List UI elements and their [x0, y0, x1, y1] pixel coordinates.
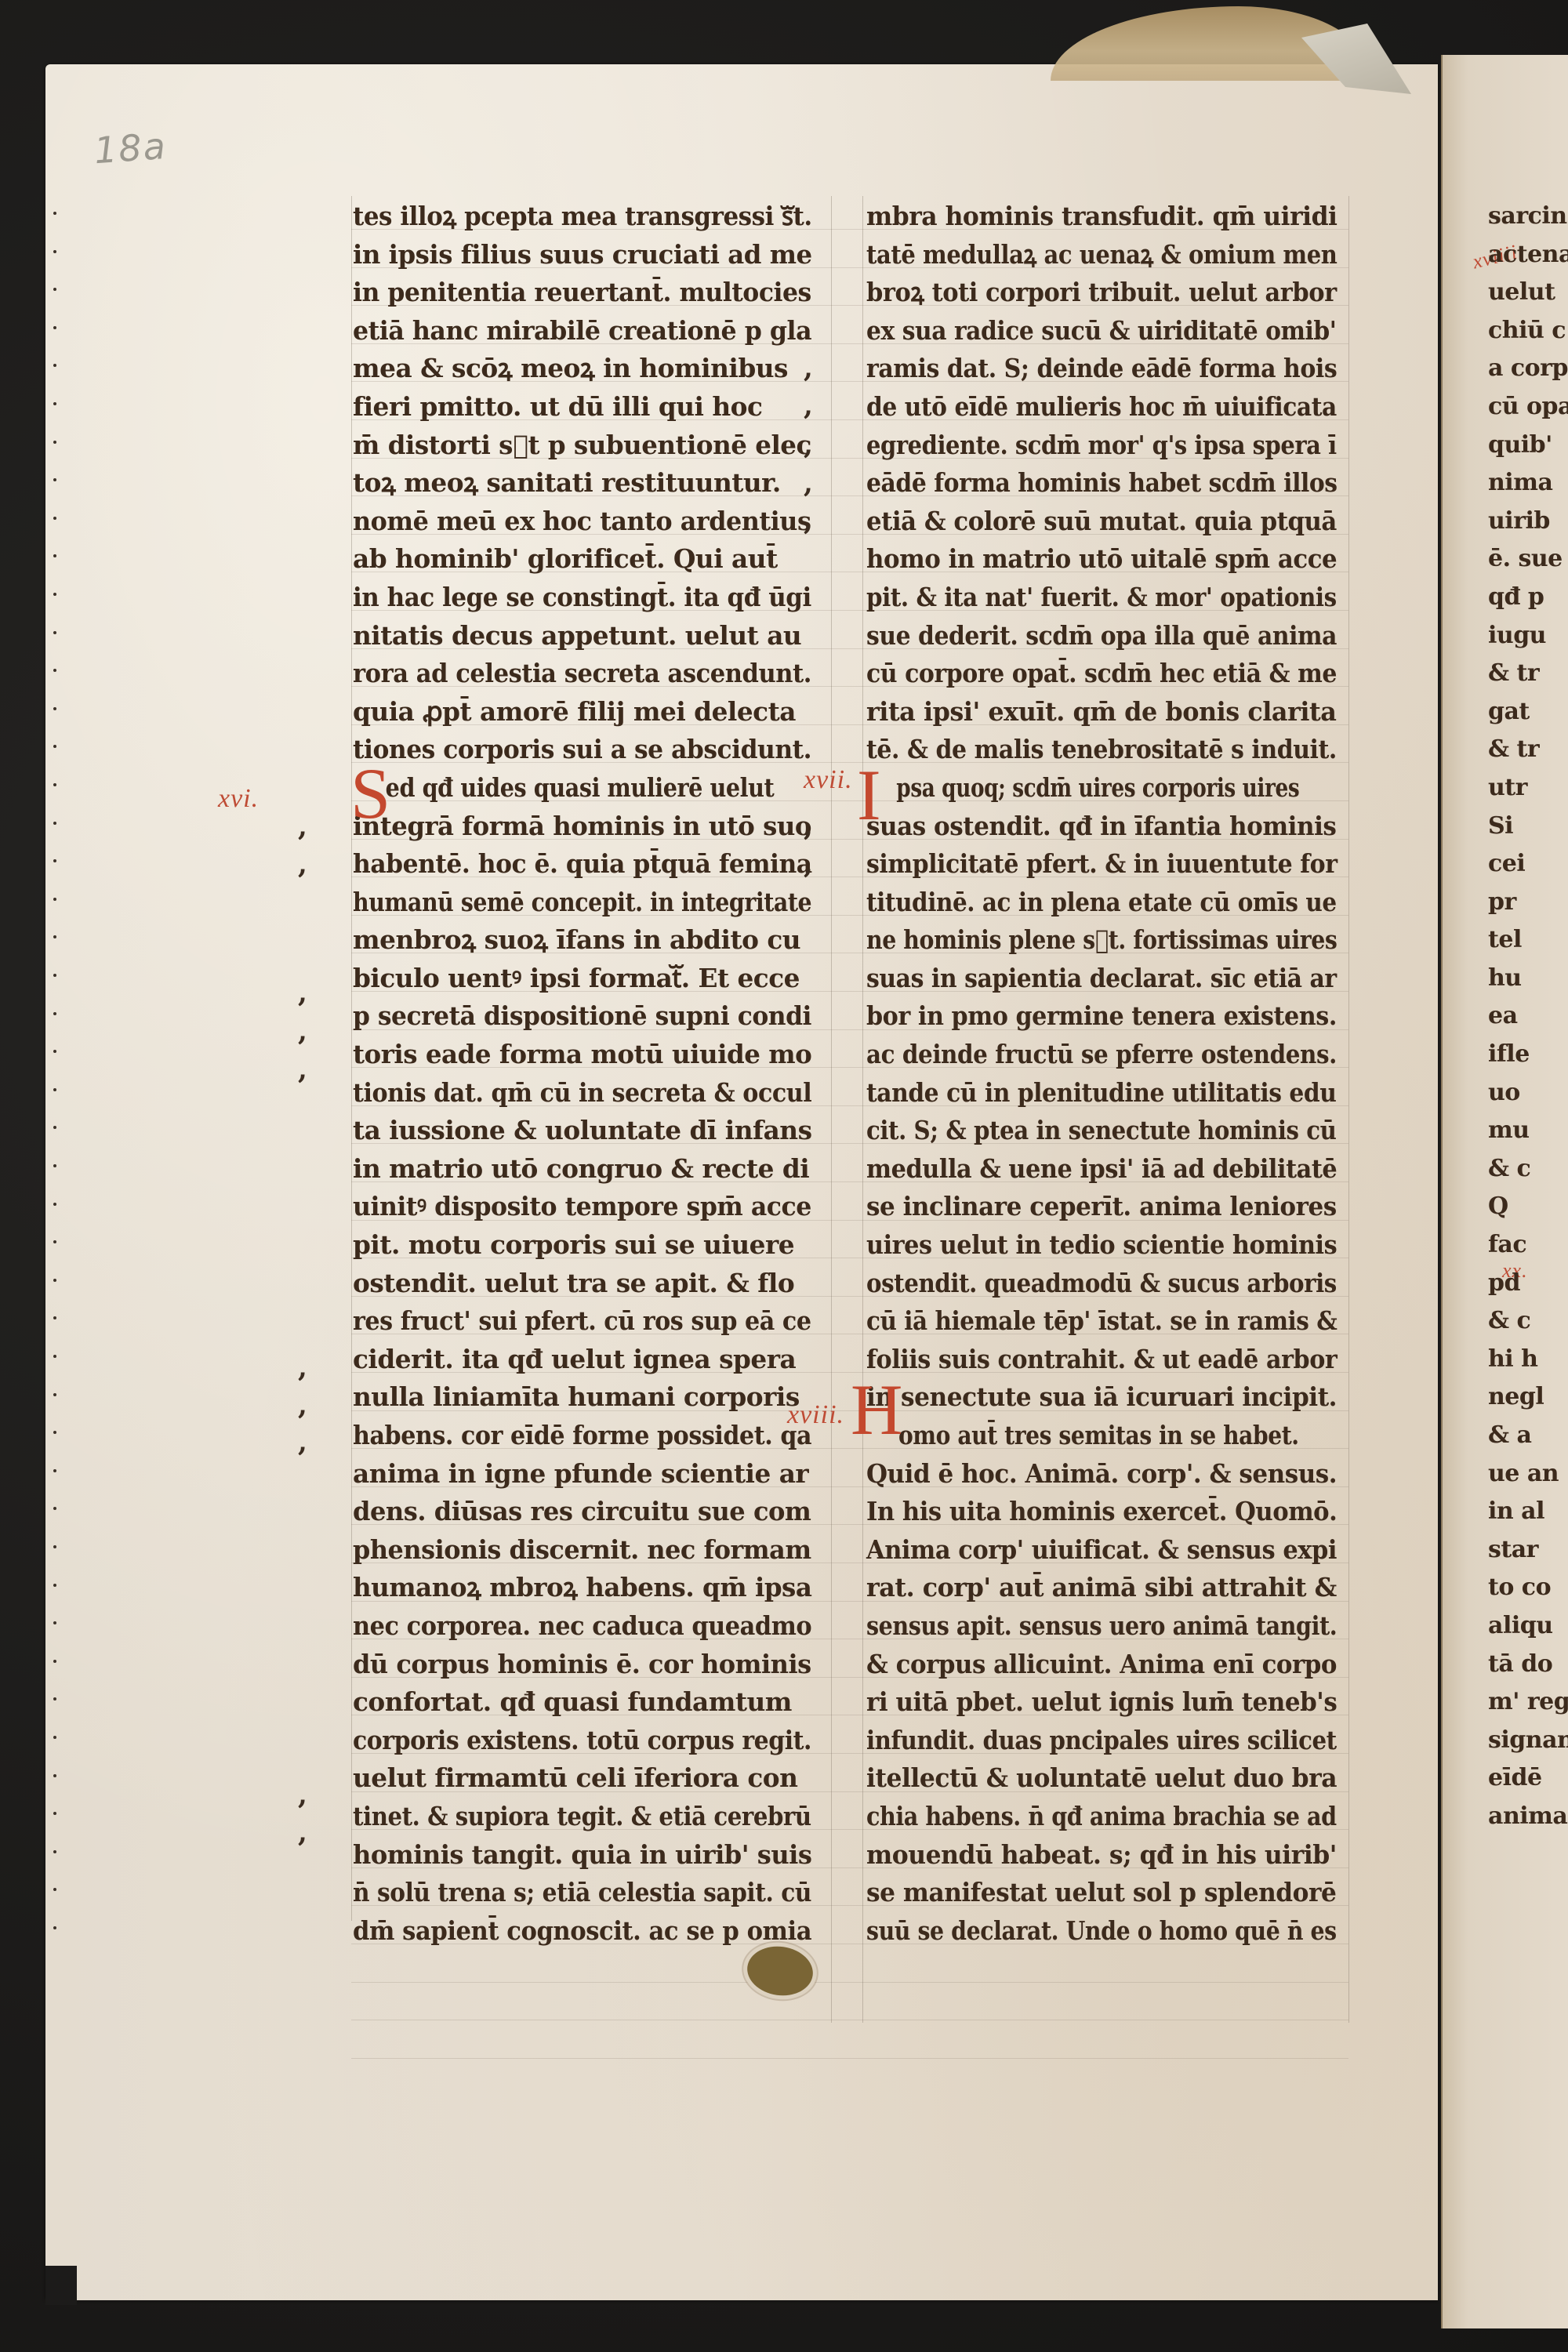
text-line: omo aut̄ tres semitas in se habet. — [866, 1417, 1271, 1455]
text-line: homo in matrio utō uitalē spm̄ acce — [866, 540, 1310, 579]
text-line: ta iussione & uoluntate dī infans — [353, 1112, 811, 1150]
text-line: uinitꝰ disposito tempore spm̄ acce — [353, 1188, 795, 1226]
text-line: pd — [1488, 1265, 1568, 1303]
prick-mark — [53, 1660, 56, 1663]
text-line: & tr — [1488, 731, 1568, 769]
correction-mark: , — [298, 849, 307, 880]
text-line: ne hominis plene sᷓt. fortissimas uires — [866, 921, 1274, 960]
text-line: tē. & de malis tenebrositatē s induit. — [866, 731, 1297, 769]
prick-mark — [53, 974, 56, 977]
prick-mark — [53, 250, 56, 253]
text-line: in ipsis filius suus cruciati ad me — [353, 236, 807, 274]
text-line: phensionis discernit. nec formam — [353, 1531, 800, 1570]
correction-mark: , — [298, 1390, 307, 1421]
text-line: Q — [1488, 1188, 1568, 1226]
text-line: anima — [1488, 1798, 1568, 1836]
text-line: suas ostendit. qđ in īfantia hominis — [866, 808, 1312, 846]
text-line: ifle — [1488, 1036, 1568, 1074]
text-line: utr — [1488, 769, 1568, 808]
text-line: & a — [1488, 1417, 1568, 1455]
text-column-right: mbra hominis transfudit. qm̄ uiriditatē … — [866, 198, 1341, 1950]
text-line: pit. & ita nat' fuerit. & mor' opationis — [866, 579, 1288, 617]
prick-mark — [53, 1012, 56, 1015]
text-line: tel — [1488, 921, 1568, 960]
prick-mark — [53, 1126, 56, 1129]
prick-mark — [53, 859, 56, 862]
text-line: Si — [1488, 808, 1568, 846]
text-line: bor in pmo germine tenera existens. — [866, 997, 1301, 1036]
prick-mark — [53, 1926, 56, 1929]
text-line: eīdē — [1488, 1759, 1568, 1798]
prick-mark — [53, 1888, 56, 1891]
rubricated-initial-i: I — [857, 759, 881, 831]
text-line: ostendit. uelut tra se apit. & flo — [353, 1265, 811, 1303]
text-line: foliis suis contrahit. & ut eadē arbor — [866, 1341, 1301, 1379]
prick-mark — [53, 1697, 56, 1700]
prick-mark — [53, 1850, 56, 1853]
text-line: suū se declarat. Unde o homo quē n̄ es — [866, 1912, 1275, 1951]
text-line: menbroꝝ suoꝝ īfans in abdito cu — [353, 921, 811, 960]
prick-mark — [53, 1431, 56, 1434]
text-line: de utō eīdē mulieris hoc m̄ uiuificata — [866, 388, 1294, 426]
facing-page-text: sarcinactenauelutchiū ca corpcū opaquib'… — [1488, 198, 1568, 1836]
text-line: pr — [1488, 884, 1568, 922]
text-line: ē. sue — [1488, 540, 1568, 579]
ruling-line — [351, 2058, 1348, 2059]
text-line: chia habens. n̄ qđ anima brachia se ad — [866, 1798, 1278, 1836]
text-line: uelut firmamtū celi īferiora con — [353, 1759, 811, 1798]
text-line: anima in igne pfunde scientie ar — [353, 1455, 811, 1494]
text-line: m' reg — [1488, 1683, 1568, 1722]
text-line: cei — [1488, 845, 1568, 884]
prick-mark — [53, 783, 56, 786]
text-line: itellectū & uoluntatē uelut duo bra — [866, 1759, 1317, 1798]
prick-mark — [53, 517, 56, 520]
text-line: se inclinare ceperīt. anima leniores — [866, 1188, 1312, 1226]
text-line: fac — [1488, 1226, 1568, 1265]
text-line: infundit. duas pncipales uires scilicet — [866, 1722, 1287, 1760]
prick-mark — [53, 1584, 56, 1587]
rubricated-initial-s: S — [350, 757, 390, 829]
text-line: gat — [1488, 693, 1568, 731]
prick-mark — [53, 1050, 56, 1053]
text-line: psa quoq; scdm̄ uires corporis uires — [866, 769, 1245, 808]
text-line: broꝝ toti corpori tribuit. uelut arbor — [866, 274, 1305, 312]
prick-mark — [53, 1088, 56, 1091]
prick-mark — [53, 1279, 56, 1282]
text-line: res fruct' sui pfert. cū ros sup eā ce — [353, 1302, 775, 1341]
text-line: titudinē. ac in plena etate cū omīs ue — [866, 884, 1290, 922]
chapter-number-xvi: xvi. — [218, 784, 259, 814]
correction-mark: , — [804, 849, 813, 880]
prick-mark — [53, 935, 56, 938]
text-line: uo — [1488, 1074, 1568, 1112]
text-line: quib' — [1488, 426, 1568, 465]
text-line: cit. S; & ptea in senectute hominis cū — [866, 1112, 1287, 1150]
text-line: chiū c — [1488, 312, 1568, 350]
text-line: in matrio utō congruo & recte di — [353, 1150, 811, 1189]
text-line: habens. cor eīdē forme possidet. qa — [353, 1417, 775, 1455]
text-line: signan — [1488, 1722, 1568, 1760]
text-line: mbra hominis transfudit. qm̄ uiridi — [866, 198, 1317, 236]
text-line: ramis dat. S; deinde eādē forma hois — [866, 350, 1297, 388]
text-line: star — [1488, 1531, 1568, 1570]
ruling-left-col-left — [351, 196, 352, 1921]
prick-mark — [53, 707, 56, 710]
correction-mark: , — [298, 1427, 307, 1458]
text-line: toris eade forma motū uiuide mo — [353, 1036, 808, 1074]
text-line: & corpus allicuint. Anima enī corpo — [866, 1646, 1310, 1684]
text-line: uires uelut in tedio scientie hominis — [866, 1226, 1302, 1265]
prick-mark — [53, 441, 56, 444]
text-line: tes illoꝝ pcepta mea transgressi sᷓt. — [353, 198, 786, 236]
prick-mark — [53, 631, 56, 634]
ruling-line — [351, 2020, 1348, 2020]
text-line: humanū semē concepit. in integritate — [353, 884, 750, 922]
text-line: dm̄ sapient̄ cognoscit. ac se p omia — [353, 1912, 782, 1951]
text-line: uelut — [1488, 274, 1568, 312]
text-line: tā do — [1488, 1646, 1568, 1684]
correction-mark: , — [298, 1817, 307, 1849]
text-line: cū iā hiemale tēp' īstat. se in ramis & — [866, 1302, 1290, 1341]
folio-number: 18a — [93, 125, 168, 172]
rubricated-initial-h: H — [851, 1374, 902, 1446]
text-line: se manifestat uelut sol p splendorē — [866, 1874, 1315, 1912]
prick-mark — [53, 478, 56, 481]
text-line: in penitentia reuertant̄. multocies — [353, 274, 794, 312]
text-line: uirib — [1488, 503, 1568, 541]
text-line: sarcin — [1488, 198, 1568, 236]
text-line: ac deinde fructū se pferre ostendens. — [866, 1036, 1290, 1074]
text-line: quia ꝓpt̄ amorē filij mei delecta — [353, 693, 811, 731]
text-line: ea — [1488, 997, 1568, 1036]
correction-mark: , — [298, 1780, 307, 1811]
text-line: & c — [1488, 1150, 1568, 1189]
text-line: sue dederit. scdm̄ opa illa quē anima — [866, 617, 1295, 655]
correction-mark: , — [298, 978, 307, 1009]
text-line: hu — [1488, 960, 1568, 998]
text-line: In his uita hominis exercet̄. Quomō. — [866, 1493, 1307, 1531]
prick-mark — [53, 1240, 56, 1243]
text-line: nulla liniamīta humani corporis — [353, 1378, 811, 1417]
ruling-right-col-left — [862, 196, 863, 2023]
prick-mark — [53, 898, 56, 901]
text-line: dū corpus hominis ē. cor hominis — [353, 1646, 801, 1684]
text-line: ciderit. ita qđ uelut ignea spera — [353, 1341, 811, 1379]
text-line: qđ p — [1488, 579, 1568, 617]
ruling-line — [351, 1982, 1348, 1983]
prick-mark — [53, 288, 56, 291]
text-line: etiā hanc mirabilē creationē p gla — [353, 312, 797, 350]
prick-mark — [53, 1393, 56, 1396]
text-line: m̄ distorti sᷓt p subuentionē elec — [353, 426, 808, 465]
correction-mark: , — [804, 506, 813, 537]
prick-mark — [53, 1316, 56, 1319]
prick-mark — [53, 1812, 56, 1815]
torn-corner — [45, 2266, 77, 2305]
text-line: Quid ē hoc. Animā. corp'. & sensus. — [866, 1455, 1312, 1494]
text-line: medulla & uene ipsi' iā ad debilitatē — [866, 1150, 1303, 1189]
text-line: ex sua radice sucū & uiriditatē omib' — [866, 312, 1294, 350]
correction-mark: , — [804, 468, 813, 499]
text-line: sensus apit. sensus uero animā tangit. — [866, 1607, 1277, 1646]
text-line: rat. corp' aut̄ animā sibi attrahit & — [866, 1569, 1323, 1607]
prick-mark — [53, 822, 56, 825]
text-line: etiā & colorē suū mutat. quia ptquā — [866, 503, 1308, 541]
text-line: Anima corp' uiuificat. & sensus expi — [866, 1531, 1305, 1570]
ruling-left-col-right — [831, 196, 832, 2023]
chapter-number-xviii: xviii. — [787, 1400, 844, 1430]
text-line: a corp — [1488, 350, 1568, 388]
correction-mark: , — [804, 390, 813, 422]
text-line: hominis tangit. quia in uirib' suis — [353, 1836, 802, 1875]
prick-mark — [53, 669, 56, 672]
prick-mark — [53, 745, 56, 748]
text-line: aliqu — [1488, 1607, 1568, 1646]
prick-mark — [53, 554, 56, 557]
text-line: ab hominib' glorificet̄. Qui aut̄ — [353, 540, 811, 579]
text-line: suas in sapientia declarat. sīc etiā ar — [866, 960, 1296, 998]
prick-mark — [53, 326, 56, 329]
text-line: integrā formā hominis in utō suo — [353, 808, 806, 846]
text-line: egrediente. scdm̄ mor' q's ipsa spera ī — [866, 426, 1283, 465]
text-line: nomē meū ex hoc tanto ardentius — [353, 503, 799, 541]
prick-mark — [53, 212, 56, 215]
correction-mark: , — [298, 1352, 307, 1384]
text-line: cū opa — [1488, 388, 1568, 426]
text-line: rora ad celestia secreta ascendunt. — [353, 655, 782, 693]
correction-mark: , — [298, 1016, 307, 1047]
text-line: tande cū in plenitudine utilitatis edu — [866, 1074, 1294, 1112]
text-column-left: tes illoꝝ pcepta mea transgressi sᷓt.in … — [353, 198, 815, 1950]
text-line: mea & scōꝝ meoꝝ in hominibus — [353, 350, 811, 388]
text-line: biculo uentꝰ ipsi formatᷓ. Et ecce — [353, 960, 811, 998]
text-line: hi h — [1488, 1341, 1568, 1379]
text-line: in senectute sua iā icuruari incipit. — [866, 1378, 1315, 1417]
text-line: corporis existens. totū corpus regit. — [353, 1722, 772, 1760]
text-line: confortat. qđ quasi fundamtum — [353, 1683, 811, 1722]
text-line: habentē. hoc ē. quia pt̄quā femina — [353, 845, 793, 884]
text-line: mu — [1488, 1112, 1568, 1150]
prick-mark — [53, 1507, 56, 1510]
text-line: pit. motu corporis sui se uiuere — [353, 1226, 811, 1265]
ruling-right-col-right — [1348, 196, 1349, 2023]
chapter-number-xvii: xvii. — [804, 765, 853, 795]
text-line: negl — [1488, 1378, 1568, 1417]
correction-mark: , — [804, 353, 813, 384]
correction-mark: , — [298, 1054, 307, 1086]
text-line: humanoꝝ mbroꝝ habens. qm̄ ipsa — [353, 1569, 808, 1607]
prick-mark — [53, 1469, 56, 1472]
text-line: tionis dat. qm̄ cū in secreta & occul — [353, 1074, 775, 1112]
correction-mark: , — [804, 430, 813, 461]
prick-mark — [53, 1355, 56, 1358]
prick-mark — [53, 1164, 56, 1167]
text-line: toꝝ meoꝝ sanitati restituuntur. — [353, 464, 811, 503]
correction-mark: , — [804, 811, 813, 843]
text-line: & c — [1488, 1302, 1568, 1341]
text-line: actena — [1488, 236, 1568, 274]
text-line: ed qđ uides quasi mulierē uelut — [353, 769, 754, 808]
text-line: ri uitā pbet. uelut ignis lum̄ teneb's — [866, 1683, 1312, 1722]
text-line: in hac lege se constingt̄. ita qđ ūgi — [353, 579, 787, 617]
text-line: in al — [1488, 1493, 1568, 1531]
prick-mark — [53, 1203, 56, 1206]
text-line: ostendit. queadmodū & sucus arboris — [866, 1265, 1287, 1303]
text-line: p secretā dispositionē supni condi — [353, 997, 793, 1036]
correction-mark: , — [298, 811, 307, 843]
text-line: simplicitatē pfert. & in iuuentute for — [866, 845, 1297, 884]
prick-mark — [53, 402, 56, 405]
text-line: cū corpore opat̄. scdm̄ hec etiā & me — [866, 655, 1297, 693]
text-line: n̄ solū trena s; etiā celestia sapit. cū — [353, 1874, 768, 1912]
prick-mark — [53, 593, 56, 596]
text-line: & tr — [1488, 655, 1568, 693]
text-line: tiones corporis sui a se abscidunt. — [353, 731, 793, 769]
text-line: rita ipsi' exuīt. qm̄ de bonis clarita — [866, 693, 1324, 731]
text-line: dens. diūsas res circuitu sue com — [353, 1493, 803, 1531]
text-line: nima — [1488, 464, 1568, 503]
prick-mark — [53, 1621, 56, 1624]
text-line: to co — [1488, 1569, 1568, 1607]
text-line: nitatis decus appetunt. uelut au — [353, 617, 811, 655]
text-line: tinet. & supiora tegit. & etiā cerebrū — [353, 1798, 762, 1836]
text-line: nec corporea. nec caduca queadmo — [353, 1607, 779, 1646]
text-line: eādē forma hominis habet scdm̄ illos — [866, 464, 1295, 503]
text-line: mouendū habeat. s; qđ in his uirib' — [866, 1836, 1318, 1875]
text-line: tatē medullaꝝ ac uenaꝝ & omium men — [866, 236, 1283, 274]
text-line: fieri pmitto. ut dū illi qui hoc — [353, 388, 811, 426]
text-line: ue an — [1488, 1455, 1568, 1494]
prick-mark — [53, 1736, 56, 1739]
prick-mark — [53, 1774, 56, 1777]
prick-mark — [53, 1545, 56, 1548]
text-line: iugu — [1488, 617, 1568, 655]
prick-mark — [53, 364, 56, 367]
